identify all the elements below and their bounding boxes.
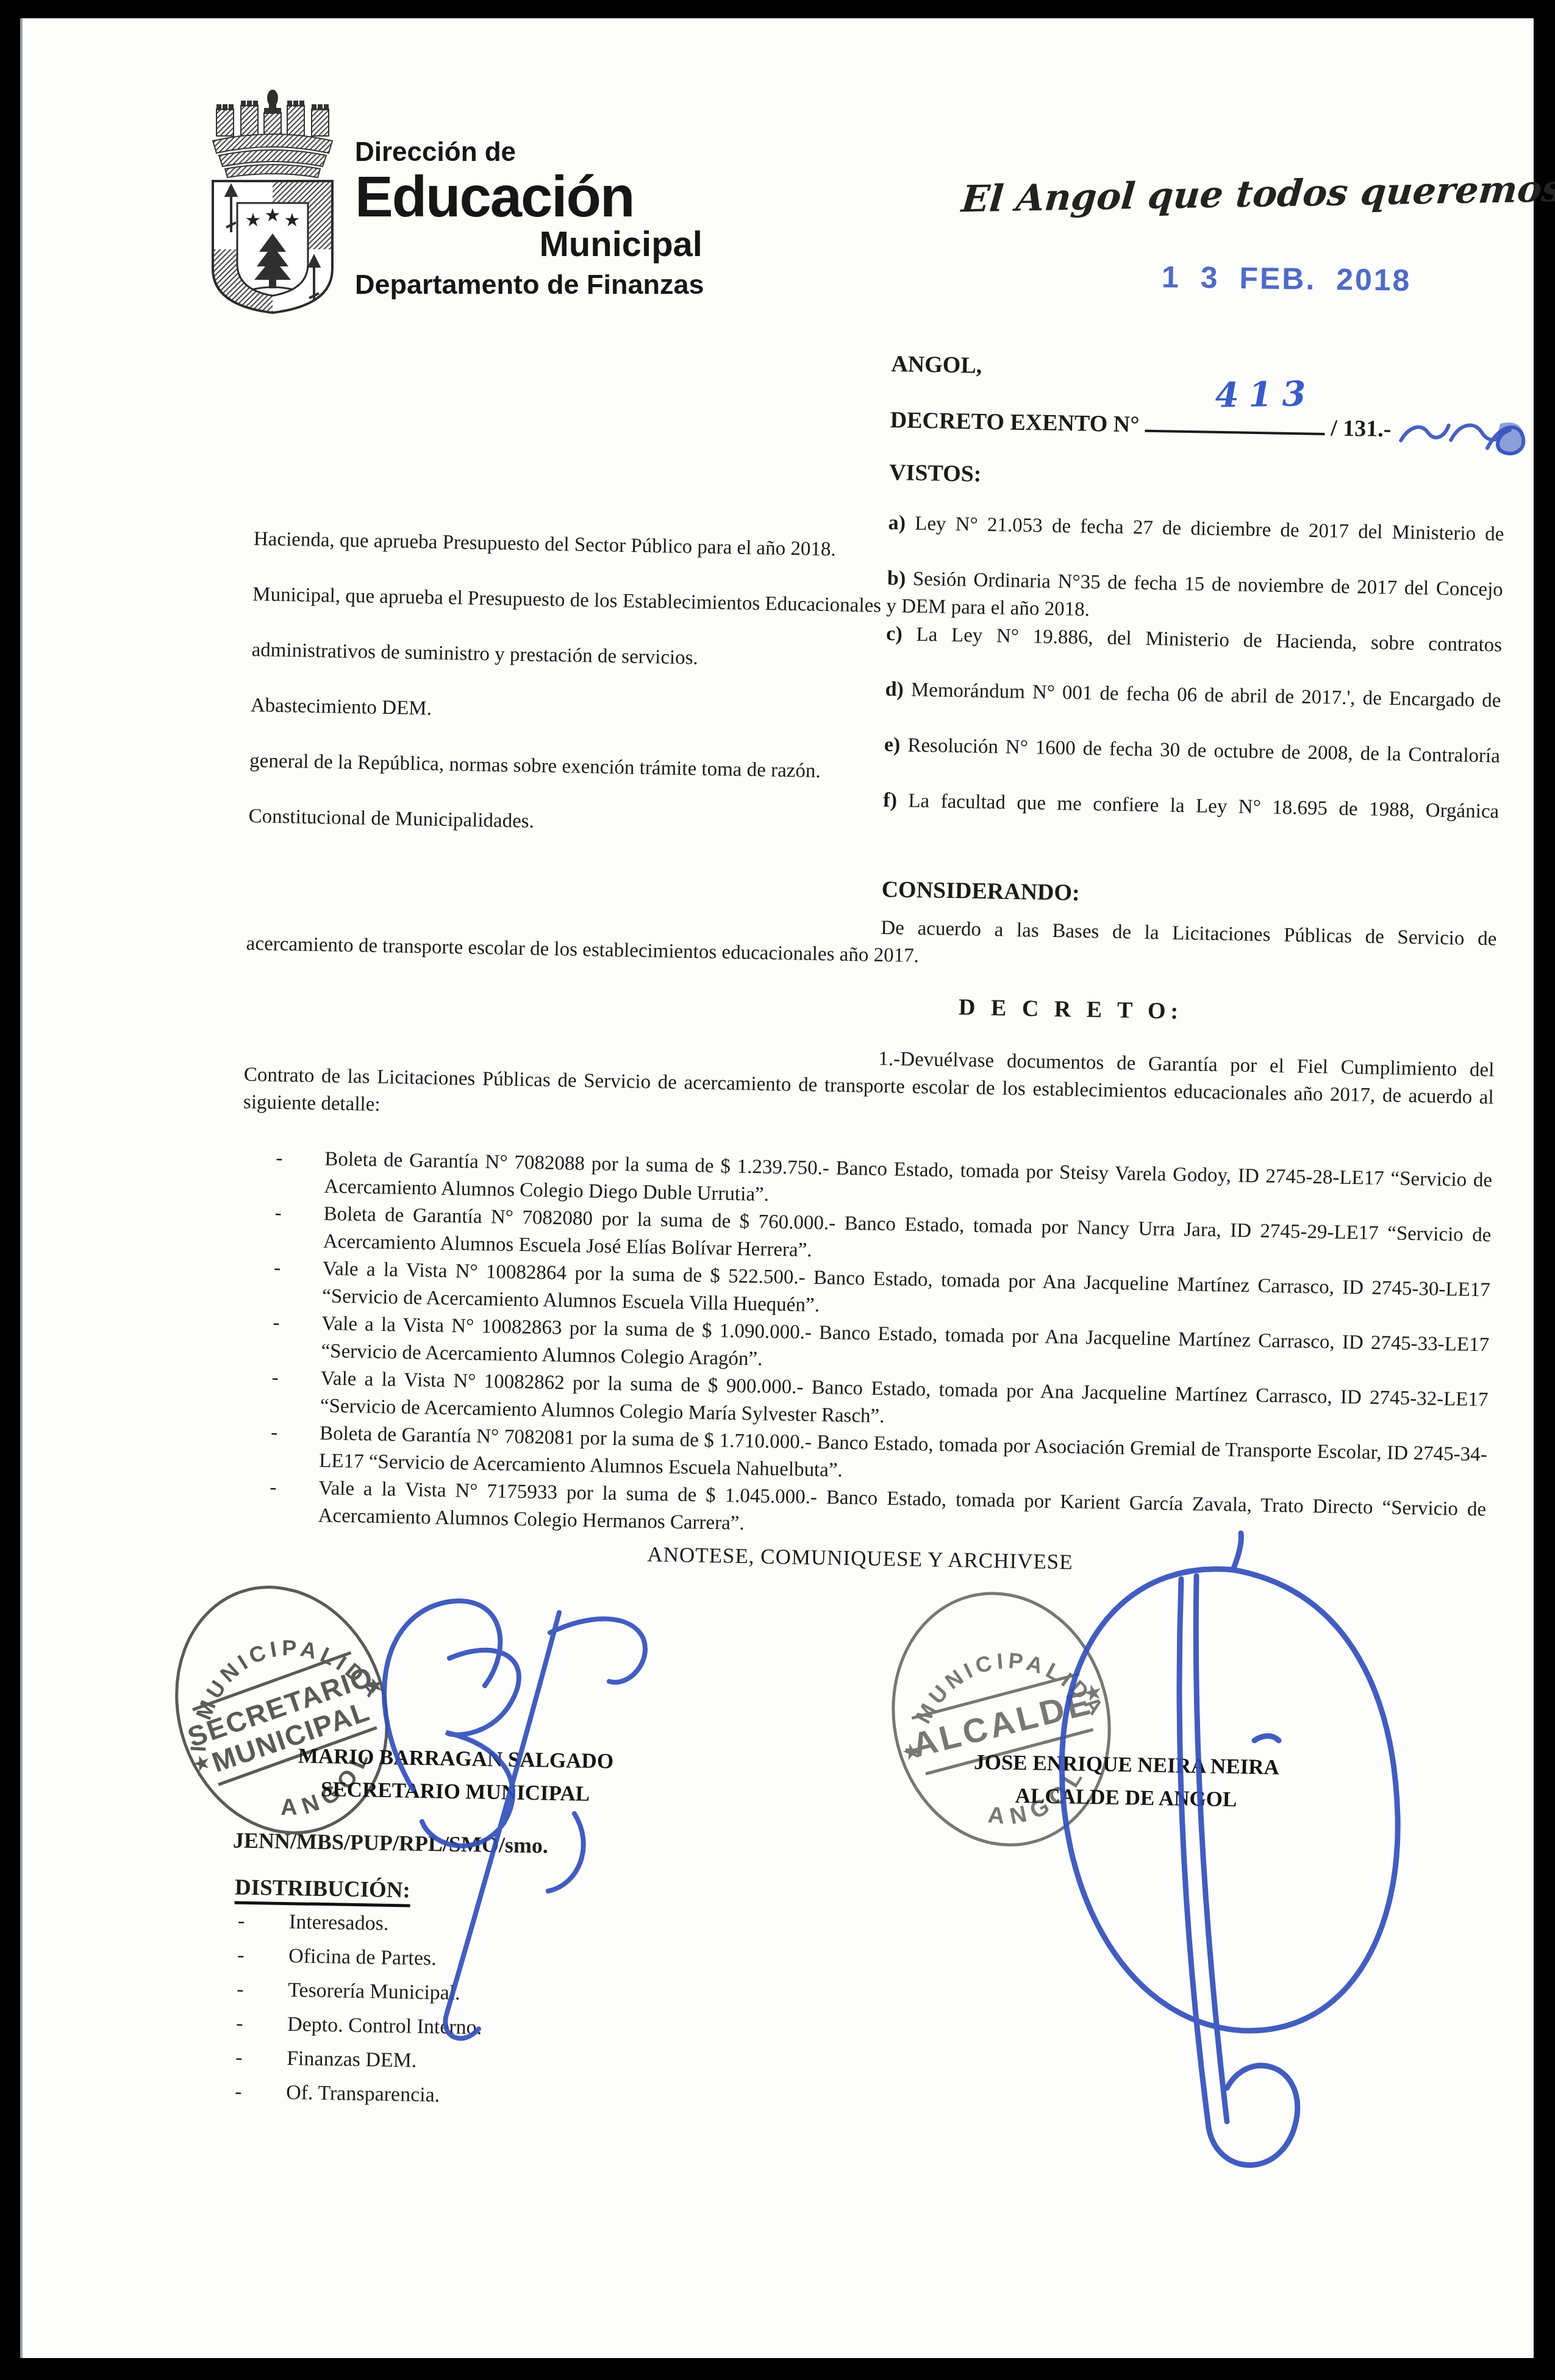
- document-page: ★★★ Dirección de Educación Municipal Dep…: [20, 18, 1534, 2358]
- dash-marker: -: [238, 1904, 245, 1939]
- letterhead-line1: Dirección de: [355, 137, 818, 168]
- dash-marker: -: [237, 1939, 245, 1973]
- item-text: Memorándum N° 001 de fecha 06 de abril d…: [251, 679, 1501, 720]
- distribution-item: -Of. Transparencia.: [231, 2075, 481, 2113]
- item-text: Ley N° 21.053 de fecha 27 de diciembre d…: [254, 513, 1504, 561]
- decree-label: DECRETO EXENTO N°: [890, 407, 1139, 437]
- dash-marker: -: [236, 2007, 243, 2041]
- handwritten-decree-number: 413: [1215, 380, 1316, 410]
- garantias-list: -Boleta de Garantía N° 7082088 por la su…: [235, 1144, 1492, 1551]
- dash-marker: -: [274, 1200, 282, 1227]
- item-text: Resolución N° 1600 de fecha 30 de octubr…: [249, 735, 1500, 782]
- letterhead-line3: Municipal: [355, 226, 702, 263]
- handwritten-initials-scribble: [1396, 404, 1531, 467]
- garantia-text: Boleta de Garantía N° 7082088 por la sum…: [324, 1148, 1492, 1205]
- item-text: La facultad que me confiere la Ley N° 18…: [248, 790, 1499, 833]
- svg-text:★: ★: [245, 210, 262, 231]
- city-slogan: El Angol que todos queremos: [960, 169, 1464, 221]
- distribution-text: Of. Transparencia.: [286, 2081, 440, 2106]
- svg-text:★: ★: [284, 210, 301, 231]
- item-letter: f): [883, 789, 897, 811]
- dash-marker: -: [274, 1255, 281, 1282]
- item-letter: c): [886, 622, 903, 645]
- dash-marker: -: [270, 1474, 277, 1502]
- dash-marker: -: [271, 1364, 279, 1392]
- mayor-signature: [1017, 1506, 1443, 2189]
- svg-text:★: ★: [265, 205, 281, 226]
- letterhead-text: Dirección de Educación Municipal Departa…: [355, 137, 818, 301]
- considerando-text: De acuerdo a las Bases de la Licitacione…: [246, 903, 1496, 981]
- letterhead-line4: Departamento de Finanzas: [355, 269, 818, 301]
- item-letter: b): [887, 567, 906, 590]
- dash-marker: -: [235, 2041, 243, 2075]
- dash-marker: -: [271, 1419, 278, 1447]
- municipal-coat-of-arms: ★★★: [199, 85, 346, 317]
- considerando-heading: CONSIDERANDO:: [881, 875, 1498, 915]
- place-line: ANGOL,: [891, 350, 1507, 390]
- item-letter: a): [888, 511, 906, 535]
- dash-marker: -: [237, 1973, 244, 2007]
- scanned-decree-document: { "letterhead": { "line1": "Dirección de…: [0, 0, 1555, 2380]
- item-letter: d): [885, 678, 904, 701]
- decree-number-row: DECRETO EXENTO N° / 131.- 413: [890, 405, 1506, 447]
- decreto-heading: D E C R E T O:: [959, 994, 1496, 1031]
- item-text: La Ley N° 19.886, del Ministerio de Haci…: [251, 624, 1502, 669]
- dash-marker: -: [276, 1145, 283, 1172]
- dash-marker: -: [273, 1309, 280, 1337]
- decree-suffix: / 131.-: [1331, 415, 1392, 442]
- typed-body: ANGOL, DECRETO EXENTO N° / 131.- 413 VIS…: [235, 338, 1507, 1583]
- decreto-intro: 1.-Devuélvase documentos de Garantía por…: [243, 1034, 1495, 1139]
- dash-marker: -: [235, 2075, 242, 2109]
- item-letter: e): [884, 733, 901, 756]
- letterhead-line2: Educación: [355, 168, 818, 226]
- secretary-signature: [315, 1524, 742, 2073]
- date-received-stamp: 1 3 FEB. 2018: [1162, 259, 1412, 298]
